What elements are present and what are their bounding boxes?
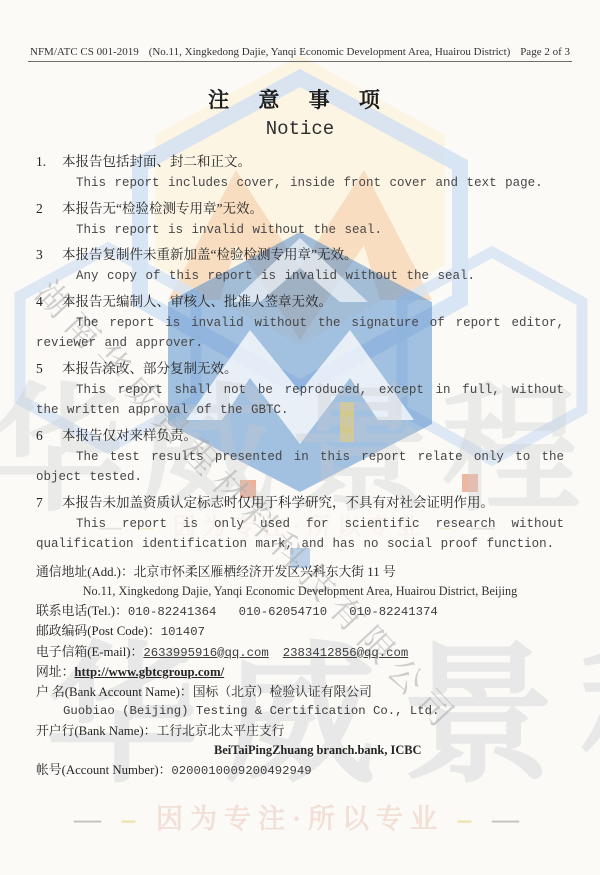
notice-text-zh: 本报告仅对来样负责。 (62, 424, 197, 447)
scanned-report-page: 华威景程 华威景程 湖南华威景程材料科技有限公司 — – 因为专注·所以专业 –… (0, 0, 600, 875)
notice-item: 3 本报告复制件未重新加盖“检验检测专用章”无效。 Any copy of th… (36, 243, 564, 287)
website-link: http://www.gbtcgroup.com/ (74, 665, 224, 679)
motto-dash-icon: — (74, 804, 108, 834)
website-label: 网址： (36, 665, 74, 679)
header-page-number: Page 2 of 3 (520, 46, 570, 58)
notice-number: 4 (36, 290, 62, 313)
notice-item: 2 本报告无“检验检测专用章”无效。 This report is invali… (36, 197, 564, 241)
motto-text: 因为专注·所以专业 (156, 804, 444, 834)
address-label: 通信地址(Add.)： (36, 565, 134, 579)
notice-item: 6 本报告仅对来样负责。 The test results presented … (36, 424, 564, 488)
notice-text-zh: 本报告无“检验检测专用章”无效。 (62, 197, 263, 220)
contact-block: 通信地址(Add.)：北京市怀柔区雁栖经济开发区兴科东大街 11 号 No.11… (36, 563, 564, 782)
email-link-1: 2633995916@qq.com (143, 646, 268, 660)
notice-number: 7 (36, 491, 62, 514)
notice-text-zh: 本报告无编制人、审核人、批准人签章无效。 (62, 290, 332, 313)
email-label: 电子信箱(E-mail)： (36, 645, 143, 659)
bank-name-en: BeiTaiPingZhuang branch.bank, ICBC (214, 741, 564, 761)
notice-number: 2 (36, 197, 62, 220)
motto-dash-icon: — (492, 804, 526, 834)
notice-item: 1. 本报告包括封面、封二和正文。 This report includes c… (36, 150, 564, 194)
contact-tel-row: 联系电话(Tel.)：010-82241364 010-62054710 010… (36, 602, 564, 623)
motto-dash-icon: – (122, 804, 143, 834)
header-doc-code: NFM/ATC CS 001-2019 (30, 46, 139, 58)
bank-account-label: 户 名(Bank Account Name)： (36, 685, 193, 699)
notice-text-zh: 本报告涂改、部分复制无效。 (62, 357, 238, 380)
tel-label: 联系电话(Tel.)： (36, 604, 128, 618)
notice-text-en: Any copy of this report is invalid witho… (36, 266, 564, 287)
notice-list: 1. 本报告包括封面、封二和正文。 This report includes c… (36, 150, 564, 555)
notice-number: 6 (36, 424, 62, 447)
tel-value: 010-82241364 010-62054710 010-82241374 (128, 605, 438, 619)
email-link-2: 2383412856@qq.com (283, 646, 408, 660)
bank-name-row: 开户行(Bank Name)：工行北京北太平庄支行 (36, 722, 564, 742)
contact-postcode-row: 邮政编码(Post Code)：101407 (36, 622, 564, 643)
page-content: NFM/ATC CS 001-2019 (No.11, Xingkedong D… (0, 0, 600, 781)
notice-text-en: This report is invalid without the seal. (36, 220, 564, 241)
notice-text-zh: 本报告复制件未重新加盖“检验检测专用章”无效。 (62, 243, 357, 266)
bank-account-name-en: Guobiao (Beijing) Testing & Certificatio… (36, 702, 564, 722)
postcode-value: 101407 (161, 625, 205, 639)
bank-account-name-row: 户 名(Bank Account Name)：国标（北京）检验认证有限公司 (36, 683, 564, 703)
postcode-label: 邮政编码(Post Code)： (36, 624, 161, 638)
notice-number: 1. (36, 150, 62, 173)
notice-text-zh: 本报告未加盖资质认定标志时仅用于科学研究，不具有对社会证明作用。 (62, 491, 494, 514)
page-header: NFM/ATC CS 001-2019 (No.11, Xingkedong D… (30, 0, 570, 58)
notice-text-en: This report includes cover, inside front… (36, 173, 564, 194)
notice-item: 7 本报告未加盖资质认定标志时仅用于科学研究，不具有对社会证明作用。 This … (36, 491, 564, 555)
header-address: (No.11, Xingkedong Dajie, Yanqi Economic… (149, 46, 511, 58)
notice-text-en: This report shall not be reproduced, exc… (36, 380, 564, 421)
notice-item: 5 本报告涂改、部分复制无效。 This report shall not be… (36, 357, 564, 421)
notice-number: 5 (36, 357, 62, 380)
contact-address-row: 通信地址(Add.)：北京市怀柔区雁栖经济开发区兴科东大街 11 号 (36, 563, 564, 583)
notice-text-en: This report is only used for scientific … (36, 514, 564, 555)
page-title-en: Notice (0, 118, 600, 140)
account-number-row: 帐号(Account Number)：0200010009200492949 (36, 761, 564, 782)
notice-number: 3 (36, 243, 62, 266)
bank-account-value: 国标（北京）检验认证有限公司 (193, 685, 372, 699)
notice-item: 4 本报告无编制人、审核人、批准人签章无效。 The report is inv… (36, 290, 564, 354)
notice-text-zh: 本报告包括封面、封二和正文。 (62, 150, 251, 173)
account-number-value: 0200010009200492949 (171, 764, 311, 778)
address-value: 北京市怀柔区雁栖经济开发区兴科东大街 11 号 (134, 565, 396, 579)
account-number-label: 帐号(Account Number)： (36, 763, 171, 777)
watermark-motto-bottom: — – 因为专注·所以专业 – — (0, 797, 600, 836)
bank-name-label: 开户行(Bank Name)： (36, 724, 156, 738)
motto-dash-icon: – (458, 804, 479, 834)
notice-text-en: The report is invalid without the signat… (36, 313, 564, 354)
header-rule (28, 61, 572, 62)
contact-email-row: 电子信箱(E-mail)：2633995916@qq.com2383412856… (36, 643, 564, 664)
notice-text-en: The test results presented in this repor… (36, 447, 564, 488)
contact-address-en: No.11, Xingkedong Dajie, Yanqi Economic … (36, 582, 564, 602)
bank-name-value: 工行北京北太平庄支行 (156, 724, 284, 738)
contact-website-row: 网址：http://www.gbtcgroup.com/ (36, 663, 564, 683)
page-title-zh: 注 意 事 项 (0, 84, 600, 114)
